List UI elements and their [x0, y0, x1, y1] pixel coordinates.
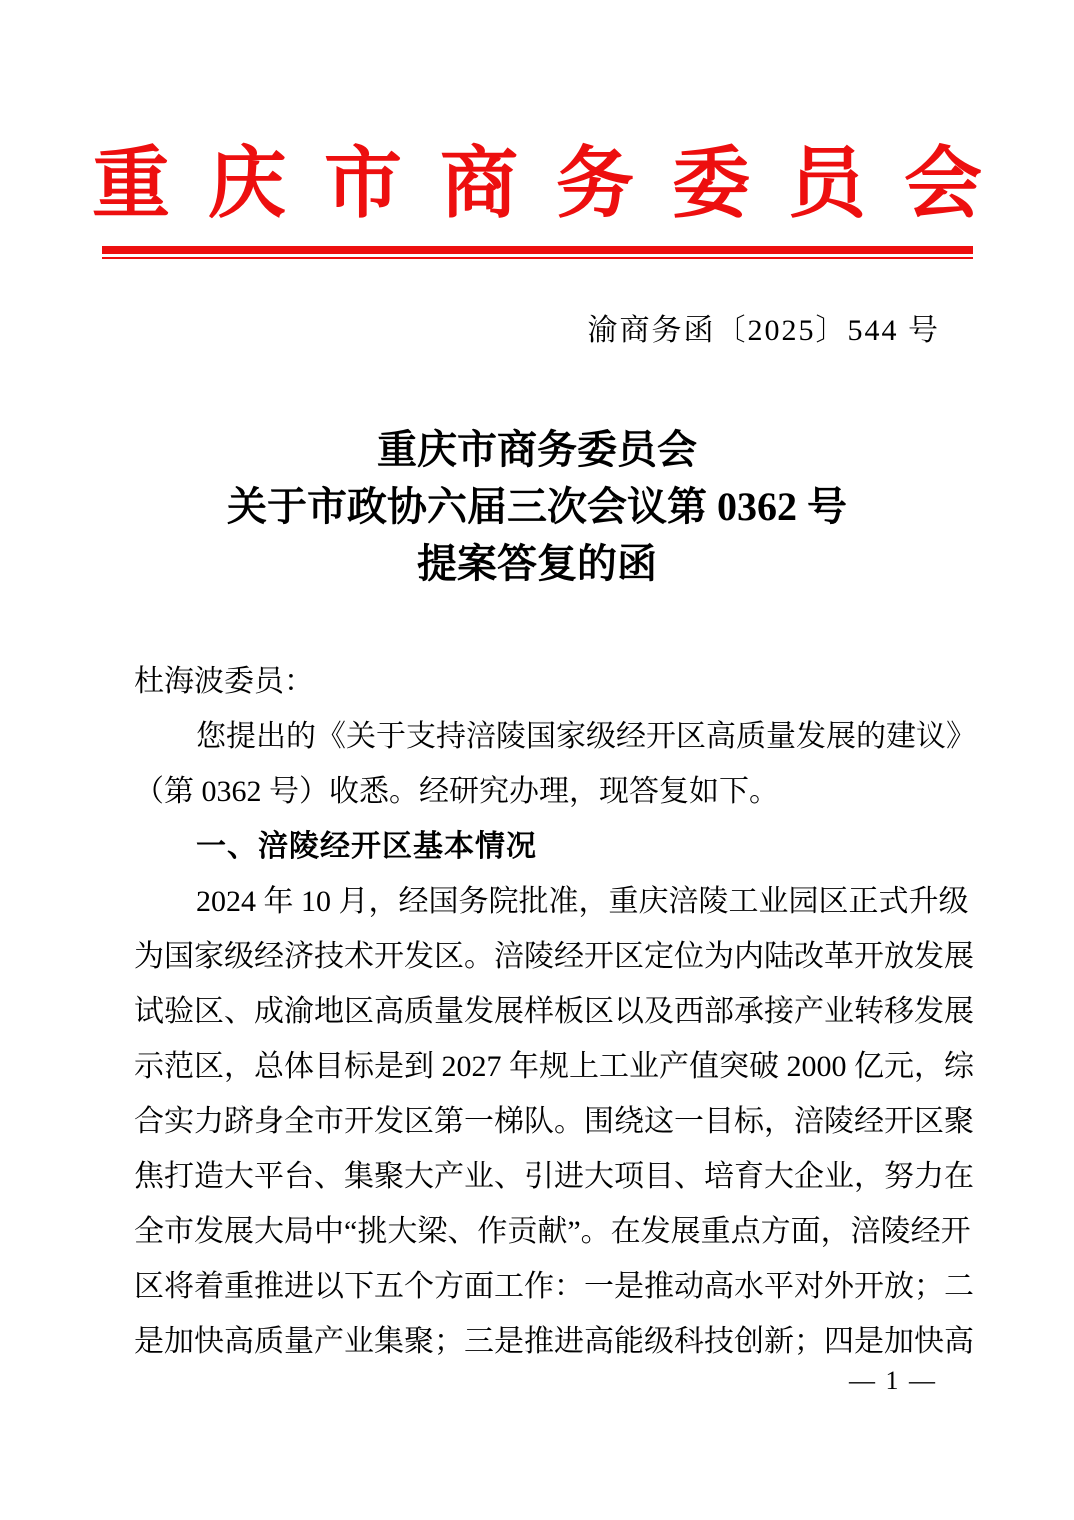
document-number: 渝商务函〔2025〕544 号	[134, 311, 940, 351]
body-line: 试验区、成渝地区高质量发展样板区以及西部承接产业转移发展	[134, 984, 940, 1039]
page-number: — 1 —	[849, 1366, 937, 1396]
section-heading: 一、涪陵经开区基本情况	[134, 819, 940, 874]
body-line: 2024 年 10 月，经国务院批准，重庆涪陵工业园区正式升级	[134, 874, 940, 929]
document-title-line-3: 提案答复的函	[0, 535, 1074, 592]
letterhead-rule-thick	[102, 246, 973, 254]
body-line: 是加快高质量产业集聚；三是推进高能级科技创新；四是加快高	[134, 1314, 940, 1369]
document-title: 重庆市商务委员会 关于市政协六届三次会议第 0362 号 提案答复的函	[0, 421, 1074, 592]
letterhead-rule	[102, 246, 973, 259]
body-line: 为国家级经济技术开发区。涪陵经开区定位为内陆改革开放发展	[134, 929, 940, 984]
body-line: 焦打造大平台、集聚大产业、引进大项目、培育大企业，努力在	[134, 1149, 940, 1204]
body-line: 杜海波委员：	[134, 654, 940, 709]
body-line: 全市发展大局中“挑大梁、作贡献”。在发展重点方面，涪陵经开	[134, 1204, 940, 1259]
document-page: 重庆市商务委员会 渝商务函〔2025〕544 号 重庆市商务委员会 关于市政协六…	[0, 0, 1074, 1520]
body-line: 示范区，总体目标是到 2027 年规上工业产值突破 2000 亿元，综	[134, 1039, 940, 1094]
body-line: 您提出的《关于支持涪陵国家级经开区高质量发展的建议》	[134, 709, 940, 764]
document-body: 杜海波委员：您提出的《关于支持涪陵国家级经开区高质量发展的建议》（第 0362 …	[134, 654, 940, 1369]
document-title-line-1: 重庆市商务委员会	[0, 421, 1074, 478]
letterhead-agency-name: 重庆市商务委员会	[0, 138, 1074, 230]
body-line: 区将着重推进以下五个方面工作：一是推动高水平对外开放；二	[134, 1259, 940, 1314]
letterhead-rule-thin	[102, 257, 973, 259]
document-title-line-2: 关于市政协六届三次会议第 0362 号	[0, 478, 1074, 535]
body-line: 合实力跻身全市开发区第一梯队。围绕这一目标，涪陵经开区聚	[134, 1094, 940, 1149]
body-line: （第 0362 号）收悉。经研究办理，现答复如下。	[134, 764, 940, 819]
